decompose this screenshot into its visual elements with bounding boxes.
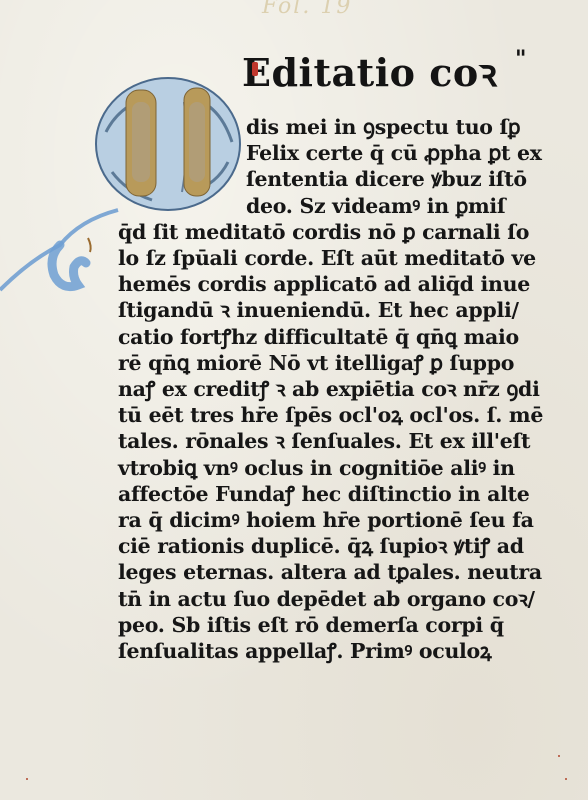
text-line: leges eternas. altera ad tꝑales. neutra	[118, 559, 548, 585]
manuscript-page: Fol. 19 Editatio coꝛ " dis mei in ꝯspect…	[0, 0, 588, 800]
folio-annotation: Fol. 19	[262, 0, 352, 19]
text-line: ſententia dicere ꝟbuz iſtō	[118, 166, 548, 192]
text-line: deo. Sz videamꝰ in ꝑmiſ	[118, 193, 548, 219]
body-text: dis mei in ꝯspectu tuo ſꝑ Felix certe q̄…	[118, 114, 548, 664]
text-line: hemēs cordis applicatō ad aliq̄d inue	[118, 271, 548, 297]
text-line: Felix certe q̄ cū ꝓpha ꝑt ex	[118, 140, 548, 166]
text-line: tales. rōnales ꝛ ſenſuales. Et ex ill'eſ…	[118, 428, 548, 454]
text-line: dis mei in ꝯspectu tuo ſꝑ	[118, 114, 548, 140]
text-line: affectōe Fundaꝭ hec diſtinctio in alte	[118, 481, 548, 507]
blue-flourish-ornament	[0, 200, 120, 300]
text-line: tū eēt tres hr̄e ſpēs ocl'oꝝ ocl'os. ſ. …	[118, 402, 548, 428]
text-line: ſtigandū ꝛ inueniendū. Et hec appli/	[118, 297, 548, 323]
text-line: lo ſz ſpūali corde. Eſt aūt meditatō ve	[118, 245, 548, 271]
text-line: tn̄ in actu ſuo depēdet ab organo coꝛ/	[118, 586, 548, 612]
text-line: naꝭ ex creditꝭ ꝛ ab expiētia coꝛ nr̄z ꝯd…	[118, 376, 548, 402]
heading: Editatio coꝛ "	[242, 46, 527, 98]
red-speck	[558, 755, 560, 757]
heading-text: Editatio coꝛ	[242, 50, 497, 95]
text-line: ſenſualitas appellaꝭ. Primꝰ oculoꝝ	[118, 638, 548, 664]
text-line: peo. Sb iſtis eſt rō demerſa corpi q̄	[118, 612, 548, 638]
text-line: catio fortꝭhz difficultatē q̄ qn̄ꝗ maio	[118, 324, 548, 350]
text-line: vtrobiꝗ vnꝰ oclus in cognitiōe aliꝰ in	[118, 455, 548, 481]
text-line: q̄d ſit meditatō cordis nō ꝑ carnali ſo	[118, 219, 548, 245]
red-speck	[26, 778, 28, 780]
red-speck	[565, 778, 567, 780]
continuation-mark: "	[515, 46, 527, 72]
text-line: rē qn̄ꝗ miorē Nō vt itelligaꝭ ꝑ ſuppo	[118, 350, 548, 376]
text-line: ra q̄ dicimꝰ hoiem hr̄e portionē ſeu fa	[118, 507, 548, 533]
text-line: ciē rationis duplicē. q̄ꝝ ſupioꝛ ꝟtiꝭ ad	[118, 533, 548, 559]
